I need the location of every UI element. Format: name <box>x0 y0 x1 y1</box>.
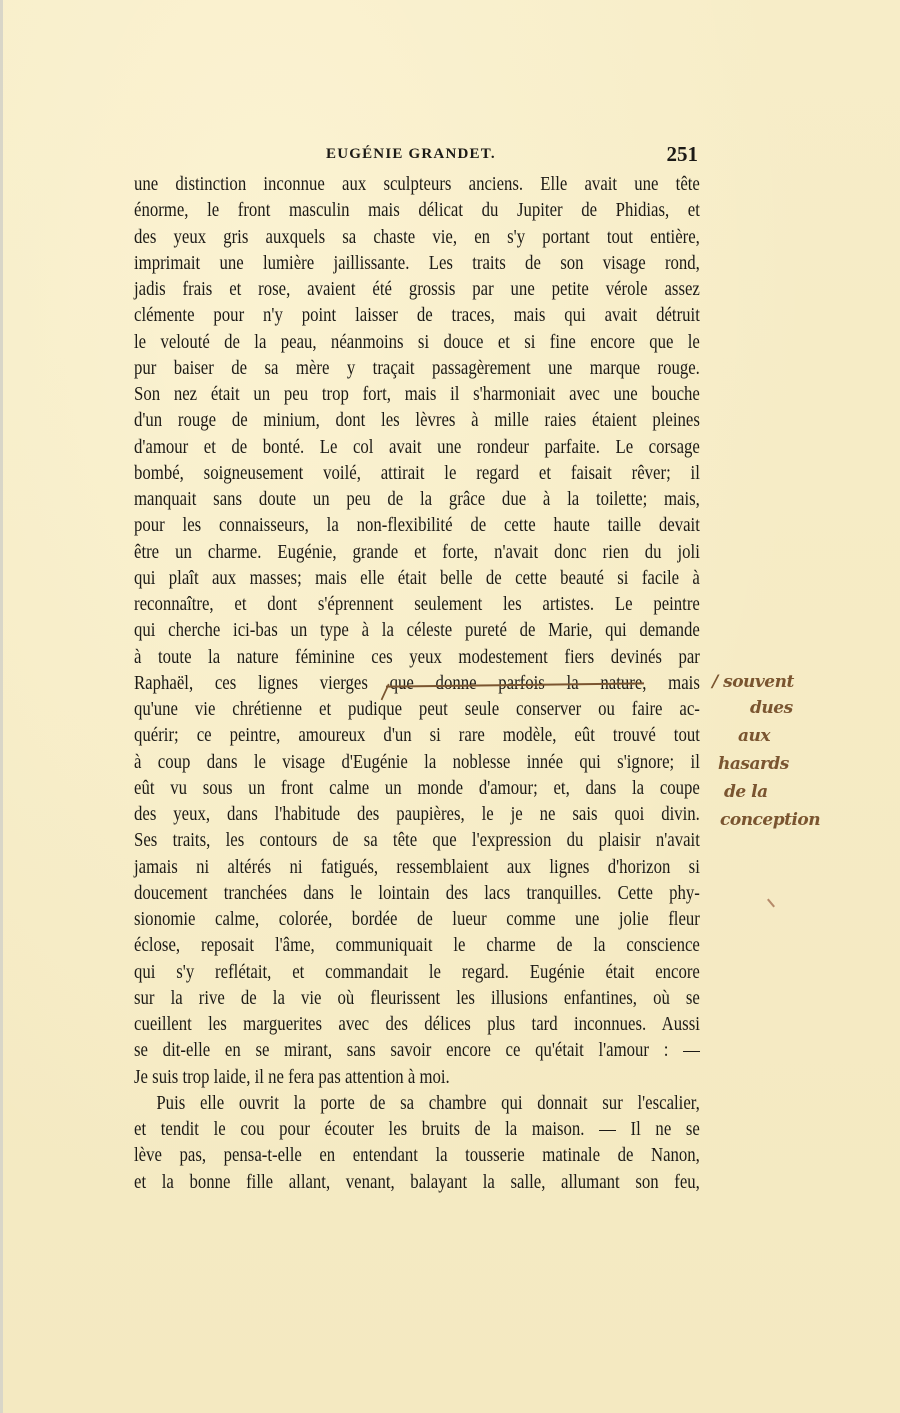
book-page: EUGÉNIE GRANDET. 251 une distinction inc… <box>0 0 900 1413</box>
text-line: Son nez était un peu trop fort, mais il … <box>134 382 700 408</box>
text-line: qui plaît aux masses; mais elle était be… <box>134 566 700 592</box>
text-line: qu'une vie chrétienne et pudique peut se… <box>134 697 700 723</box>
text-segment: , mais <box>642 673 700 694</box>
text-line: reconnaître, et dont s'éprennent seuleme… <box>134 592 700 618</box>
text-line: et tendit le cou pour écouter les bruits… <box>134 1117 700 1143</box>
paragraph-start-line: Puis elle ouvrit la porte de sa chambre … <box>134 1091 700 1117</box>
text-line: quérir; ce peintre, amoureux d'un si rar… <box>134 723 700 749</box>
text-line: imprimait une lumière jaillissante. Les … <box>134 251 700 277</box>
text-line: des yeux, dans l'habitude des paupières,… <box>134 802 700 828</box>
text-line: être un charme. Eugénie, grande et forte… <box>134 540 700 566</box>
text-line: cueillent les marguerites avec des délic… <box>134 1012 700 1038</box>
text-line: Je suis trop laide, il ne fera pas atten… <box>134 1065 700 1091</box>
note-line: dues <box>750 698 793 718</box>
text-line: le velouté de la peau, néanmoins si douc… <box>134 330 700 356</box>
text-line: jadis frais et rose, avaient été grossis… <box>134 277 700 303</box>
text-line: qui cherche ici-bas un type à la céleste… <box>134 618 700 644</box>
text-line: d'amour et de bonté. Le col avait une ro… <box>134 435 700 461</box>
text-line: qui s'y reflétait, et commandait le rega… <box>134 960 700 986</box>
note-line: aux <box>738 726 770 746</box>
text-segment: Raphaël, ces lignes vierges <box>134 673 390 694</box>
text-line: jamais ni altérés ni fatigués, ressembla… <box>134 855 700 881</box>
note-line: de la <box>724 782 768 802</box>
text-line: se dit-elle en se mirant, sans savoir en… <box>134 1038 700 1064</box>
text-line: manquait sans doute un peu de la grâce d… <box>134 487 700 513</box>
text-line: pour les connaisseurs, la non-flexibilit… <box>134 513 700 539</box>
text-line: bombé, soigneusement voilé, attirait le … <box>134 461 700 487</box>
text-line: à toute la nature féminine ces yeux mode… <box>134 645 700 671</box>
text-line: doucement tranchées dans le lointain des… <box>134 881 700 907</box>
text-line: des yeux gris auxquels sa chaste vie, en… <box>134 225 700 251</box>
text-line: lève pas, pensa-t-elle en entendant la t… <box>134 1143 700 1169</box>
text-line: eût vu sous un front calme un monde d'am… <box>134 776 700 802</box>
page-number: 251 <box>667 142 699 167</box>
note-line: hasards <box>718 754 789 774</box>
note-line: / souvent <box>712 672 794 692</box>
running-title: EUGÉNIE GRANDET. <box>326 146 496 163</box>
text-line: clémente pour n'y point laisser de trace… <box>134 303 700 329</box>
text-line: pur baiser de sa mère y traçait passagèr… <box>134 356 700 382</box>
text-line: Ses traits, les contours de sa tête que … <box>134 828 700 854</box>
text-line: sur la rive de la vie où fleurissent les… <box>134 986 700 1012</box>
body-text: une distinction inconnue aux sculpteurs … <box>134 172 700 1196</box>
text-line: sionomie calme, colorée, bordée de lueur… <box>134 907 700 933</box>
running-head: EUGÉNIE GRANDET. 251 <box>134 146 700 170</box>
text-line: énorme, le front masculin mais délicat d… <box>134 198 700 224</box>
struck-out-text: que donne parfois la nature <box>390 673 643 694</box>
text-line: à coup dans le visage d'Eugénie la noble… <box>134 750 700 776</box>
text-line-with-deletion: Raphaël, ces lignes vierges que donne pa… <box>134 671 700 697</box>
note-line: conception <box>720 810 820 830</box>
page-edge <box>0 0 3 1413</box>
text-line: éclose, reposait l'âme, communiquait le … <box>134 933 700 959</box>
text-line: d'un rouge de minium, dont les lèvres à … <box>134 408 700 434</box>
ink-speck <box>767 899 775 908</box>
text-line: une distinction inconnue aux sculpteurs … <box>134 172 700 198</box>
text-line: et la bonne fille allant, venant, balaya… <box>134 1170 700 1196</box>
